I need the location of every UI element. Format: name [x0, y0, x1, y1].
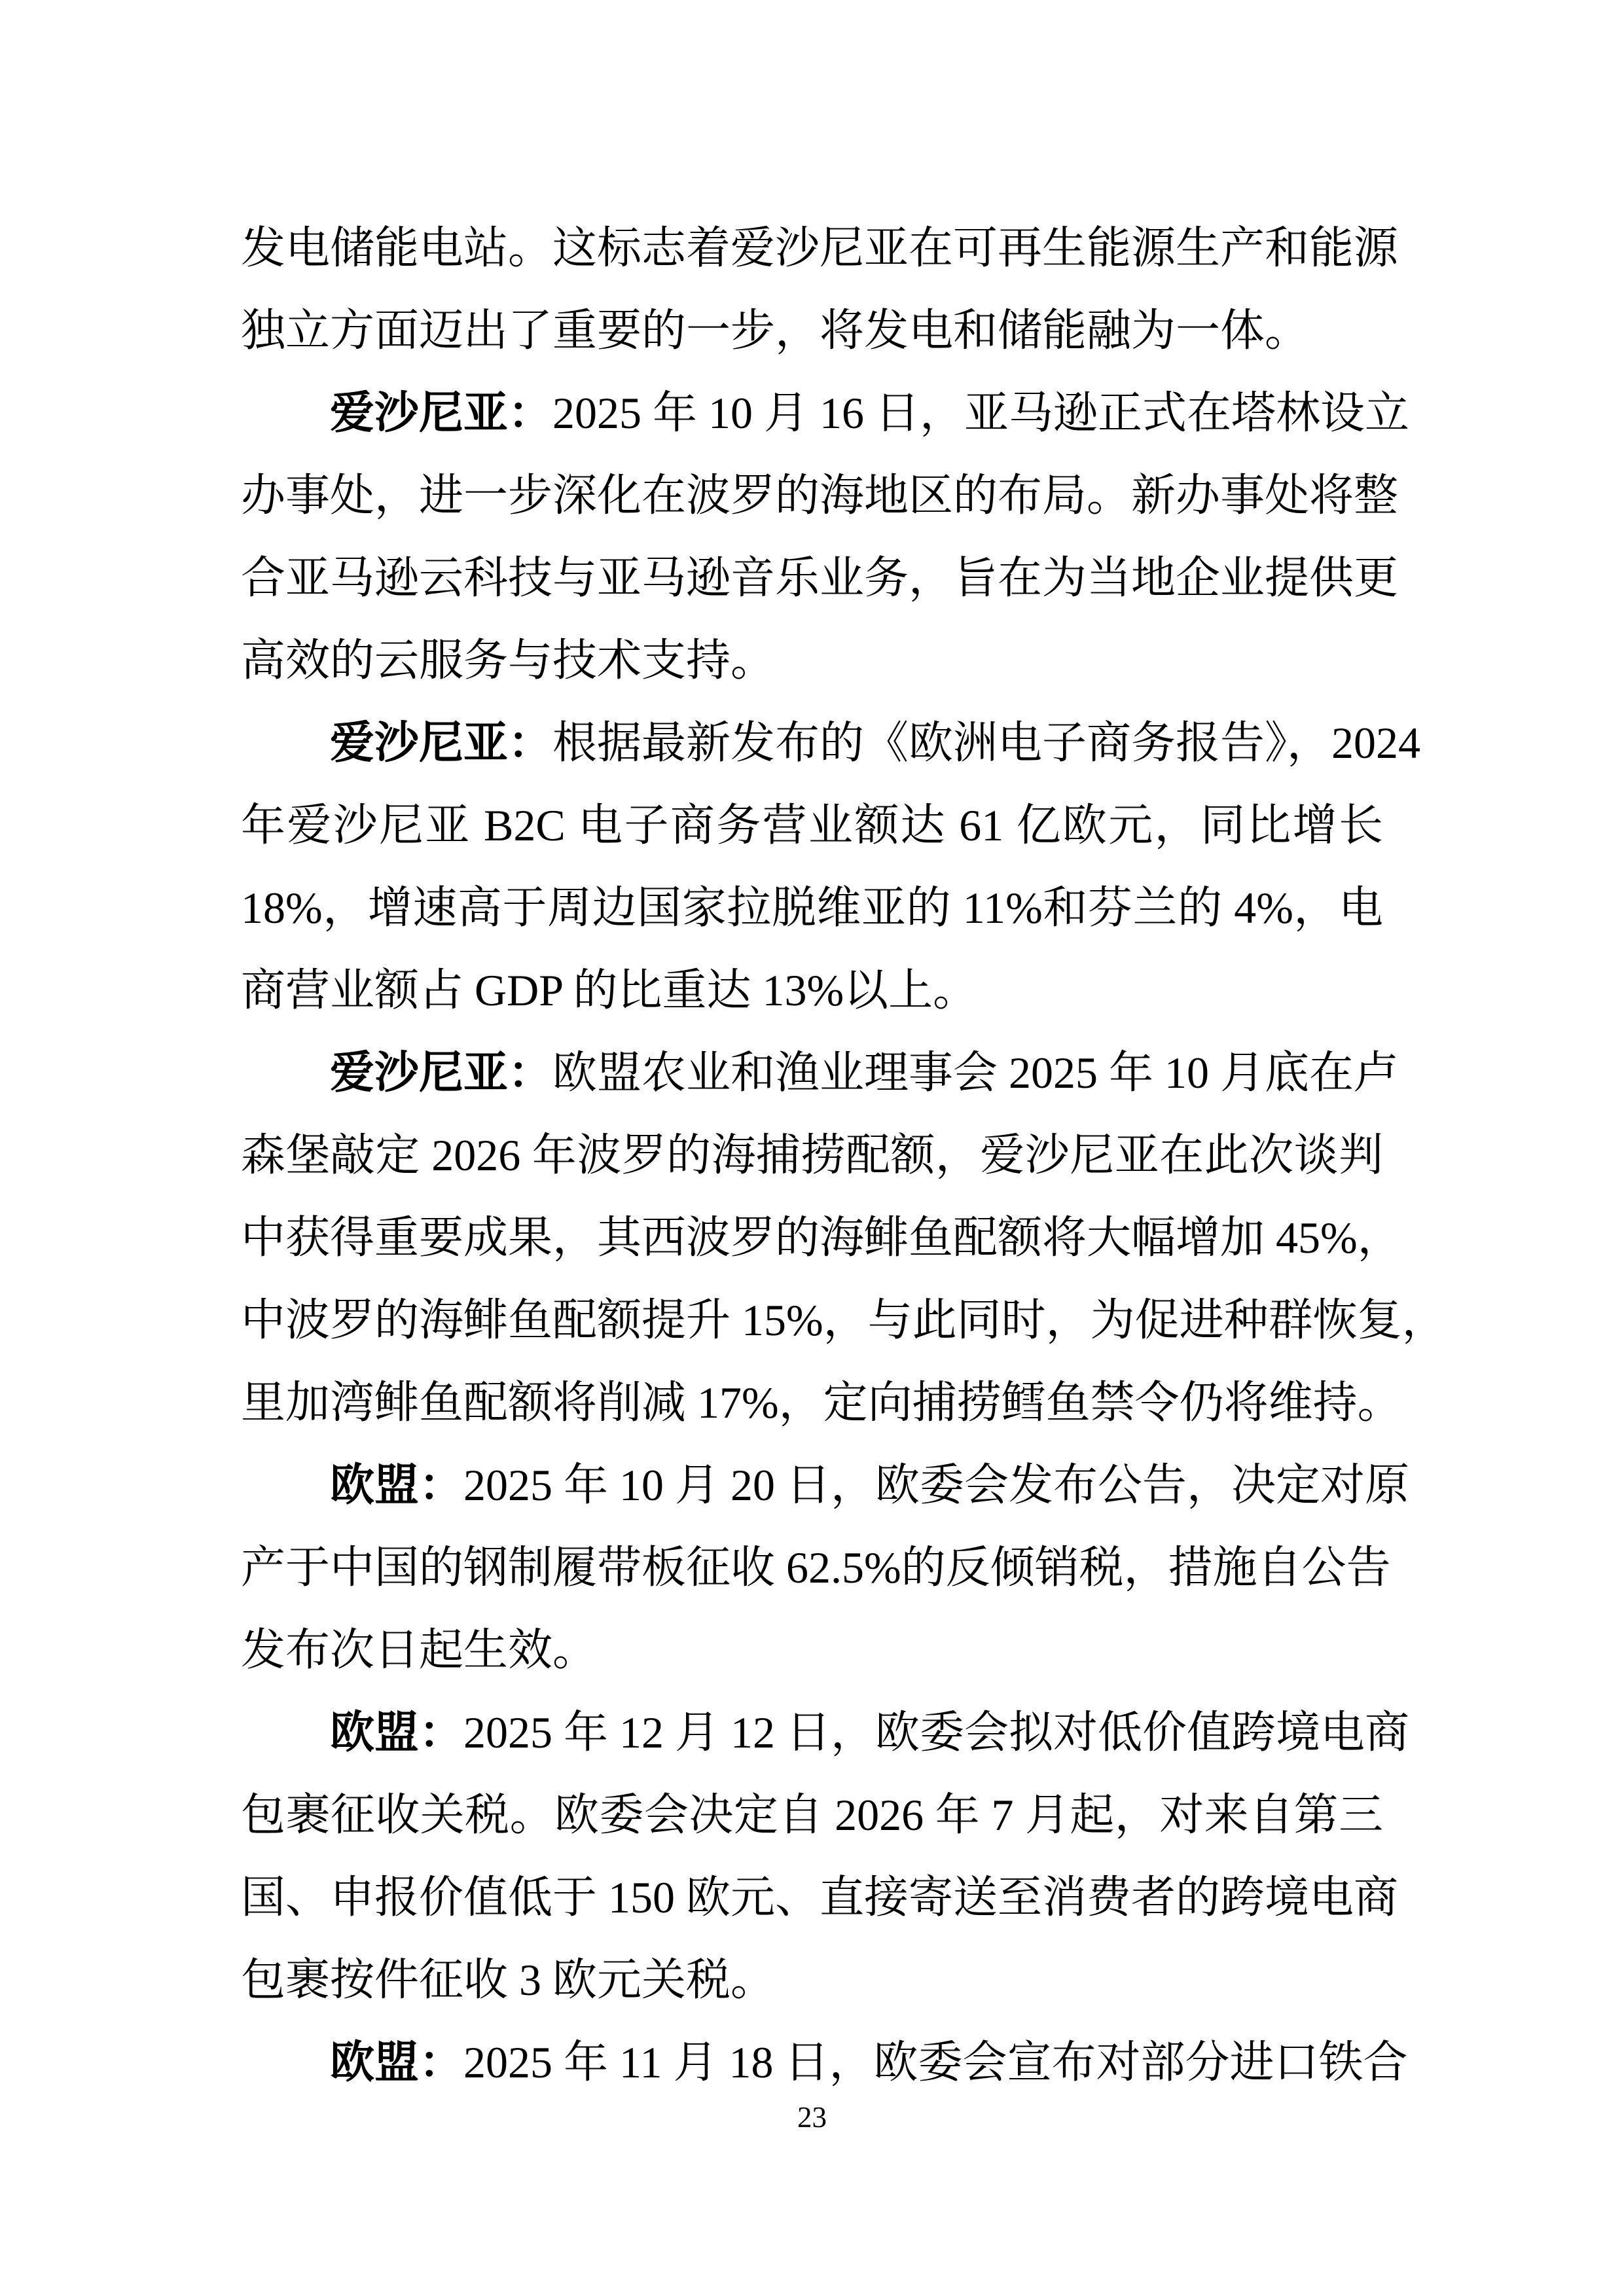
text-line: 爱沙尼亚：欧盟农业和渔业理事会 2025 年 10 月底在卢	[241, 1031, 1383, 1114]
text-line: 独立方面迈出了重要的一步，将发电和储能融为一体。	[241, 289, 1383, 372]
text-line: 欧盟：2025 年 11 月 18 日，欧委会宣布对部分进口铁合	[241, 2021, 1383, 2104]
text-line: 包裹按件征收 3 欧元关税。	[241, 1939, 1383, 2021]
text-segment: 独立方面迈出了重要的一步，将发电和储能融为一体。	[241, 306, 1309, 355]
text-segment: 中获得重要成果，其西波罗的海鲱鱼配额将大幅增加 45%，	[241, 1213, 1402, 1263]
text-line: 里加湾鲱鱼配额将削减 17%，定向捕捞鳕鱼禁令仍将维持。	[241, 1361, 1383, 1444]
paragraph-label: 爱沙尼亚：	[330, 1048, 552, 1098]
text-segment: 包裹征收关税。欧委会决定自 2026 年 7 月起，对来自第三	[241, 1790, 1383, 1840]
page-number: 23	[0, 2098, 1624, 2137]
text-line: 国、申报价值低于 150 欧元、直接寄送至消费者的跨境电商	[241, 1856, 1383, 1939]
text-segment: 2025 年 11 月 18 日，欧委会宣布对部分进口铁合	[463, 2037, 1407, 2087]
text-line: 发电储能电站。这标志着爱沙尼亚在可再生能源生产和能源	[241, 207, 1383, 289]
text-segment: 2025 年 10 月 20 日，欧委会发布公告，决定对原	[463, 1460, 1409, 1510]
text-segment: 合亚马逊云科技与亚马逊音乐业务，旨在为当地企业提供更	[241, 553, 1398, 603]
text-segment: 发布次日起生效。	[241, 1625, 597, 1675]
text-segment: 发电储能电站。这标志着爱沙尼亚在可再生能源生产和能源	[241, 223, 1398, 273]
text-line: 高效的云服务与技术支持。	[241, 619, 1383, 702]
text-segment: 2025 年 12 月 12 日，欧委会拟对低价值跨境电商	[463, 1708, 1409, 1757]
text-line: 合亚马逊云科技与亚马逊音乐业务，旨在为当地企业提供更	[241, 537, 1383, 619]
text-segment: 包裹按件征收 3 欧元关税。	[241, 1955, 775, 2005]
text-line: 办事处，进一步深化在波罗的海地区的布局。新办事处将整	[241, 454, 1383, 537]
text-segment: 里加湾鲱鱼配额将削减 17%，定向捕捞鳕鱼禁令仍将维持。	[241, 1378, 1402, 1427]
text-segment: 18%，增速高于周边国家拉脱维亚的 11%和芬兰的 4%，电	[241, 883, 1383, 933]
text-segment: 办事处，进一步深化在波罗的海地区的布局。新办事处将整	[241, 471, 1398, 520]
text-segment: 中波罗的海鲱鱼配额提升 15%，与此同时，为促进种群恢复，	[241, 1295, 1447, 1345]
text-segment: 2025 年 10 月 16 日，亚马逊正式在塔林设立	[552, 388, 1409, 438]
paragraph-label: 爱沙尼亚：	[330, 718, 552, 768]
paragraph-label: 欧盟：	[330, 1708, 463, 1757]
text-segment: 欧盟农业和渔业理事会 2025 年 10 月底在卢	[552, 1048, 1398, 1098]
text-line: 商营业额占 GDP 的比重达 13%以上。	[241, 949, 1383, 1031]
text-line: 发布次日起生效。	[241, 1609, 1383, 1691]
text-line: 爱沙尼亚：根据最新发布的《欧洲电子商务报告》，2024	[241, 702, 1383, 784]
paragraph-label: 欧盟：	[330, 1460, 463, 1510]
paragraph-label: 爱沙尼亚：	[330, 388, 552, 438]
text-line: 18%，增速高于周边国家拉脱维亚的 11%和芬兰的 4%，电	[241, 867, 1383, 949]
document-page: 发电储能电站。这标志着爱沙尼亚在可再生能源生产和能源独立方面迈出了重要的一步，将…	[0, 0, 1624, 2296]
text-line: 森堡敲定 2026 年波罗的海捕捞配额，爱沙尼亚在此次谈判	[241, 1114, 1383, 1196]
text-segment: 商营业额占 GDP 的比重达 13%以上。	[241, 965, 977, 1015]
text-line: 中获得重要成果，其西波罗的海鲱鱼配额将大幅增加 45%，	[241, 1196, 1383, 1279]
text-line: 产于中国的钢制履带板征收 62.5%的反倾销税，措施自公告	[241, 1526, 1383, 1609]
text-line: 包裹征收关税。欧委会决定自 2026 年 7 月起，对来自第三	[241, 1774, 1383, 1856]
text-segment: 产于中国的钢制履带板征收 62.5%的反倾销税，措施自公告	[241, 1543, 1391, 1592]
text-line: 年爱沙尼亚 B2C 电子商务营业额达 61 亿欧元，同比增长	[241, 784, 1383, 867]
text-line: 欧盟：2025 年 10 月 20 日，欧委会发布公告，决定对原	[241, 1444, 1383, 1526]
text-line: 爱沙尼亚：2025 年 10 月 16 日，亚马逊正式在塔林设立	[241, 372, 1383, 454]
text-segment: 森堡敲定 2026 年波罗的海捕捞配额，爱沙尼亚在此次谈判	[241, 1130, 1383, 1180]
paragraph-label: 欧盟：	[330, 2037, 463, 2087]
text-line: 欧盟：2025 年 12 月 12 日，欧委会拟对低价值跨境电商	[241, 1691, 1383, 1774]
text-segment: 根据最新发布的《欧洲电子商务报告》，2024	[552, 718, 1420, 768]
text-block: 发电储能电站。这标志着爱沙尼亚在可再生能源生产和能源独立方面迈出了重要的一步，将…	[241, 207, 1383, 2104]
text-segment: 年爱沙尼亚 B2C 电子商务营业额达 61 亿欧元，同比增长	[241, 800, 1383, 850]
text-segment: 高效的云服务与技术支持。	[241, 636, 775, 685]
text-line: 中波罗的海鲱鱼配额提升 15%，与此同时，为促进种群恢复，	[241, 1279, 1383, 1361]
text-segment: 国、申报价值低于 150 欧元、直接寄送至消费者的跨境电商	[241, 1873, 1398, 1922]
